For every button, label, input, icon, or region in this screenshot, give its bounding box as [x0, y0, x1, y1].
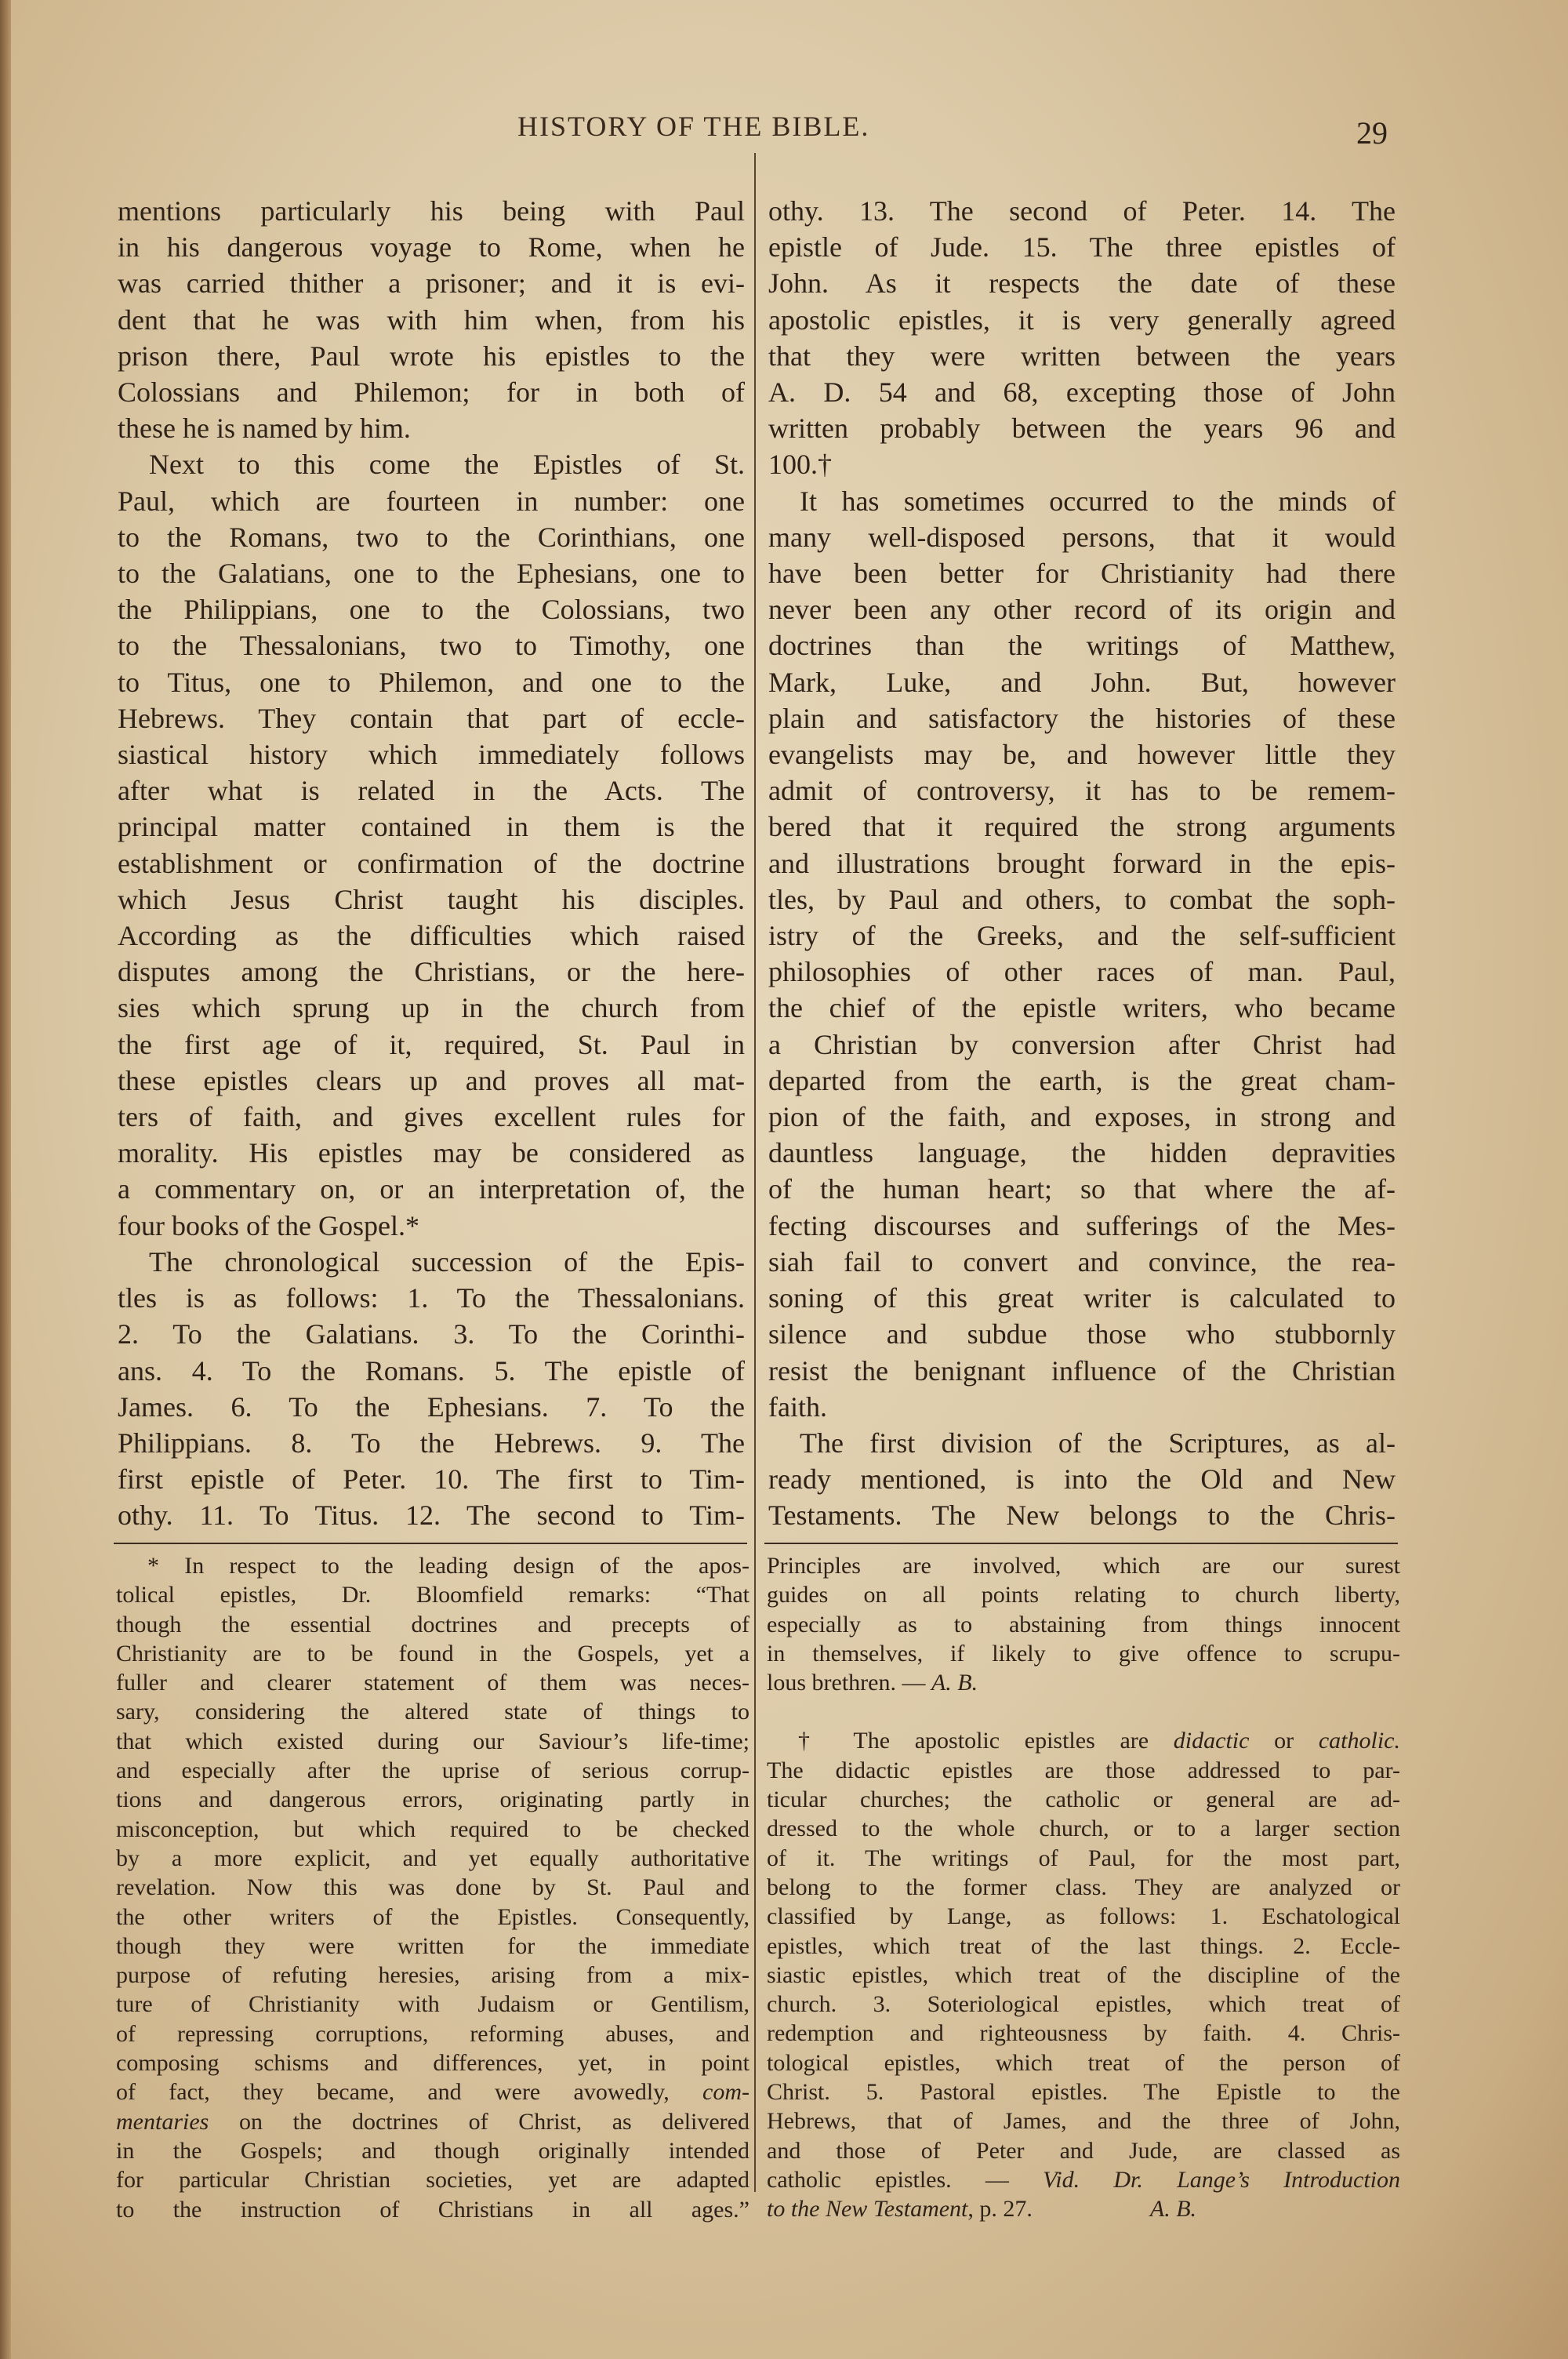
text-line: ticular churches; the catholic or genera… [767, 1785, 1400, 1814]
text-line: that which existed during our Saviour’s … [116, 1727, 750, 1756]
text-line: these he is named by him. [118, 410, 745, 446]
text-line: a commentary on, or an interpretation of… [118, 1171, 745, 1207]
text-line: departed from the earth, is the great ch… [768, 1063, 1396, 1099]
text-line: ters of faith, and gives excellent rules… [118, 1099, 745, 1135]
text-line: never been any other record of its origi… [768, 591, 1396, 627]
footnote-dagger: † The apostolic epistles are didactic or… [767, 1726, 1400, 2223]
text-line: It has sometimes occurred to the minds o… [768, 483, 1396, 519]
text-line: istry of the Greeks, and the self-suffic… [768, 918, 1396, 954]
text-line: revelation. Now this was done by St. Pau… [116, 1873, 750, 1902]
text-line: epistle of Jude. 15. The three epistles … [768, 229, 1396, 265]
text-line: for particular Christian societies, yet … [116, 2165, 750, 2194]
text-line: in his dangerous voyage to Rome, when he [118, 229, 745, 265]
text-line: silence and subdue those who stubbornly [768, 1316, 1396, 1352]
text-line: fecting discourses and sufferings of the… [768, 1208, 1396, 1244]
text-line: admit of controversy, it has to be remem… [768, 772, 1396, 809]
text-line: though they were written for the immedia… [116, 1932, 750, 1961]
text-line: a Christian by conversion after Christ h… [768, 1027, 1396, 1063]
text-line: have been better for Christianity had th… [768, 555, 1396, 591]
text-line: classified by Lange, as follows: 1. Esch… [767, 1902, 1400, 1931]
text-line: mentions particularly his being with Pau… [118, 193, 745, 229]
text-line: ready mentioned, is into the Old and New [768, 1461, 1396, 1497]
page-binding-edge [0, 0, 11, 2359]
text-line: catholic epistles. — Vid. Dr. Lange’s In… [767, 2165, 1400, 2194]
text-line: lous brethren. — A. B. [767, 1668, 1400, 1697]
text-line: dressed to the whole church, or to a lar… [767, 1814, 1400, 1843]
text-line: of it. The writings of Paul, for the mos… [767, 1844, 1400, 1873]
text-line: the Philippians, one to the Colossians, … [118, 591, 745, 627]
text-line: in the Gospels; and though originally in… [116, 2136, 750, 2165]
text-line: The first division of the Scriptures, as… [768, 1425, 1396, 1461]
text-line: composing schisms and differences, yet, … [116, 2048, 750, 2077]
text-line: redemption and righteousness by faith. 4… [767, 2019, 1400, 2048]
text-line: dauntless language, the hidden depraviti… [768, 1135, 1396, 1171]
text-line: mentaries on the doctrines of Christ, as… [116, 2107, 750, 2136]
text-line: prison there, Paul wrote his epistles to… [118, 338, 745, 374]
text-line: morality. His epistles may be considered… [118, 1135, 745, 1171]
text-line: of fact, they became, and were avowedly,… [116, 2077, 750, 2106]
text-line: doctrines than the writings of Matthew, [768, 627, 1396, 663]
text-line: siastic epistles, which treat of the dis… [767, 1961, 1400, 1990]
page-number: 29 [1356, 114, 1388, 151]
text-line: evangelists may be, and however little t… [768, 736, 1396, 772]
text-line: to the Romans, two to the Corinthians, o… [118, 519, 745, 555]
footnote-right-column: Principles are involved, which are our s… [767, 1551, 1400, 2224]
footnote-continuation: Principles are involved, which are our s… [767, 1551, 1400, 1697]
text-line: church. 3. Soteriological epistles, whic… [767, 1990, 1400, 2019]
text-line: which Jesus Christ taught his disciples. [118, 881, 745, 918]
text-line: tions and dangerous errors, originating … [116, 1785, 750, 1814]
text-line: guides on all points relating to church … [767, 1580, 1400, 1609]
text-line: Principles are involved, which are our s… [767, 1551, 1400, 1580]
text-line: The chronological succession of the Epis… [118, 1244, 745, 1280]
text-line: Philippians. 8. To the Hebrews. 9. The [118, 1425, 745, 1461]
text-line: of repressing corruptions, reforming abu… [116, 2019, 750, 2048]
text-line: bered that it required the strong argume… [768, 809, 1396, 845]
footnote-rule-right [764, 1543, 1398, 1544]
text-line: Hebrews, that of James, and the three of… [767, 2106, 1400, 2135]
text-line: soning of this great writer is calculate… [768, 1280, 1396, 1316]
text-line: of the human heart; so that where the af… [768, 1171, 1396, 1207]
text-line: fuller and clearer statement of them was… [116, 1668, 750, 1697]
text-line: to the instruction of Christians in all … [116, 2195, 750, 2224]
text-line: resist the benignant influence of the Ch… [768, 1353, 1396, 1389]
text-line: purpose of refuting heresies, arising fr… [116, 1961, 750, 1990]
text-line: ture of Christianity with Judaism or Gen… [116, 1990, 750, 2019]
text-line: Mark, Luke, and John. But, however [768, 664, 1396, 700]
text-line: first epistle of Peter. 10. The first to… [118, 1461, 745, 1497]
text-line: to the Thessalonians, two to Timothy, on… [118, 627, 745, 663]
text-line: sies which sprung up in the church from [118, 990, 745, 1026]
text-line: † The apostolic epistles are didactic or… [767, 1726, 1400, 1755]
text-line: The didactic epistles are those addresse… [767, 1756, 1400, 1785]
text-line: According as the difficulties which rais… [118, 918, 745, 954]
page-header: HISTORY OF THE BIBLE. 29 [118, 110, 1403, 157]
column-divider [754, 153, 756, 2192]
text-line: pion of the faith, and exposes, in stron… [768, 1099, 1396, 1135]
text-line: and those of Peter and Jude, are classed… [767, 2136, 1400, 2165]
text-line: A. D. 54 and 68, excepting those of John [768, 374, 1396, 410]
running-title: HISTORY OF THE BIBLE. [517, 110, 869, 143]
text-line: four books of the Gospel.* [118, 1208, 745, 1244]
text-line: the first age of it, required, St. Paul … [118, 1027, 745, 1063]
text-line: that they were written between the years [768, 338, 1396, 374]
footnote-rule-left [114, 1543, 747, 1544]
body-left-column: mentions particularly his being with Pau… [118, 193, 745, 1534]
text-line: philosophies of other races of man. Paul… [768, 954, 1396, 990]
text-line: tles, by Paul and others, to combat the … [768, 881, 1396, 918]
text-line: plain and satisfactory the histories of … [768, 700, 1396, 736]
text-line: 100.† [768, 446, 1396, 482]
text-line: John. As it respects the date of these [768, 265, 1396, 301]
text-line: James. 6. To the Ephesians. 7. To the [118, 1389, 745, 1425]
text-line: by a more explicit, and yet equally auth… [116, 1844, 750, 1873]
text-line: epistles, which treat of the last things… [767, 1932, 1400, 1961]
text-line: the chief of the epistle writers, who be… [768, 990, 1396, 1026]
text-line: these epistles clears up and proves all … [118, 1063, 745, 1099]
text-line: to Titus, one to Philemon, and one to th… [118, 664, 745, 700]
footnote-asterisk: * In respect to the leading design of th… [116, 1551, 750, 2224]
text-line: Christianity are to be found in the Gosp… [116, 1639, 750, 1668]
body-right-column: othy. 13. The second of Peter. 14. Theep… [768, 193, 1396, 1534]
text-line: to the Galatians, one to the Ephesians, … [118, 555, 745, 591]
text-line: Christ. 5. Pastoral epistles. The Epistl… [767, 2077, 1400, 2106]
footnote-gap [767, 1697, 1400, 1726]
text-line: othy. 13. The second of Peter. 14. The [768, 193, 1396, 229]
text-line: Colossians and Philemon; for in both of [118, 374, 745, 410]
text-line: siah fail to convert and convince, the r… [768, 1244, 1396, 1280]
text-line: disputes among the Christians, or the he… [118, 954, 745, 990]
text-line: after what is related in the Acts. The [118, 772, 745, 809]
text-line: * In respect to the leading design of th… [116, 1551, 750, 1580]
text-line: and illustrations brought forward in the… [768, 845, 1396, 881]
text-line: establishment or confirmation of the doc… [118, 845, 745, 881]
text-line: principal matter contained in them is th… [118, 809, 745, 845]
text-line: especially as to abstaining from things … [767, 1610, 1400, 1639]
text-line: written probably between the years 96 an… [768, 410, 1396, 446]
text-line: the other writers of the Epistles. Conse… [116, 1903, 750, 1932]
text-line: sary, considering the altered state of t… [116, 1697, 750, 1726]
text-line: othy. 11. To Titus. 12. The second to Ti… [118, 1497, 745, 1533]
text-line: dent that he was with him when, from his [118, 302, 745, 338]
text-line: many well-disposed persons, that it woul… [768, 519, 1396, 555]
text-line: Hebrews. They contain that part of eccle… [118, 700, 745, 736]
text-line: tological epistles, which treat of the p… [767, 2048, 1400, 2077]
text-line: apostolic epistles, it is very generally… [768, 302, 1396, 338]
text-line: ans. 4. To the Romans. 5. The epistle of [118, 1353, 745, 1389]
text-line: Testaments. The New belongs to the Chris… [768, 1497, 1396, 1533]
text-line: siastical history which immediately foll… [118, 736, 745, 772]
text-line: to the New Testament, p. 27. A. B. [767, 2194, 1400, 2223]
text-line: misconception, but which required to be … [116, 1815, 750, 1844]
text-line: though the essential doctrines and prece… [116, 1610, 750, 1639]
text-line: and especially after the uprise of serio… [116, 1756, 750, 1785]
text-line: belong to the former class. They are ana… [767, 1873, 1400, 1902]
text-line: Next to this come the Epistles of St. [118, 446, 745, 482]
text-line: faith. [768, 1389, 1396, 1425]
text-line: 2. To the Galatians. 3. To the Corinthi- [118, 1316, 745, 1352]
text-line: tolical epistles, Dr. Bloomfield remarks… [116, 1580, 750, 1609]
text-line: tles is as follows: 1. To the Thessaloni… [118, 1280, 745, 1316]
text-line: in themselves, if likely to give offence… [767, 1639, 1400, 1668]
text-line: was carried thither a prisoner; and it i… [118, 265, 745, 301]
text-line: Paul, which are fourteen in number: one [118, 483, 745, 519]
